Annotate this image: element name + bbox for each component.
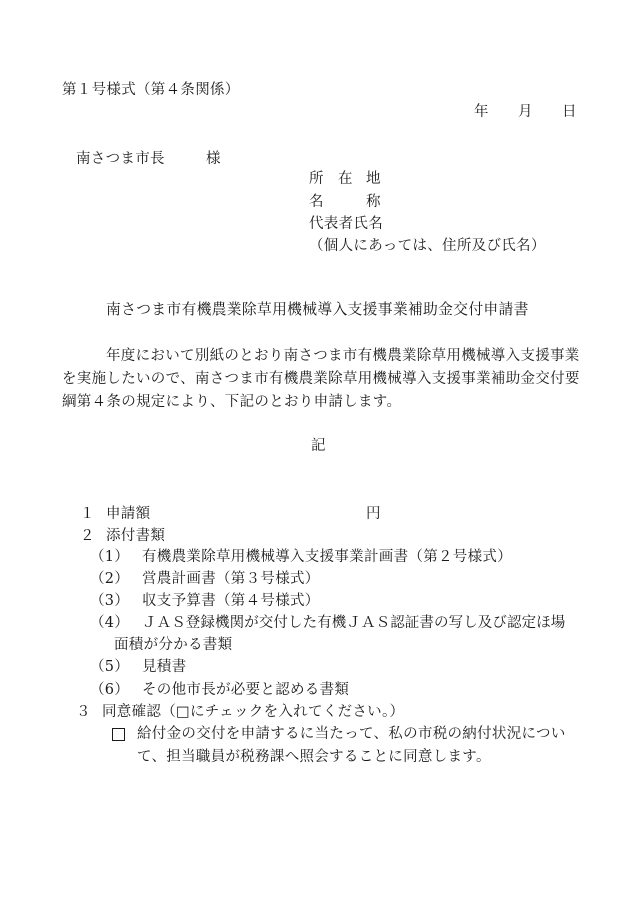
attachment-3-text: 収支予算書（第４号様式） — [142, 594, 320, 609]
attachment-4-number: （4） — [90, 616, 129, 631]
individual-note: （個人にあっては、住所及び氏名） — [309, 239, 546, 254]
item1-number: １ — [80, 507, 95, 522]
item2-label: 添付書類 — [106, 529, 165, 544]
item3-label: 同意確認（□にチェックを入れてください。） — [102, 705, 404, 720]
attachment-5-text: 見積書 — [142, 660, 186, 675]
address-label-char-1: 所 — [309, 172, 324, 187]
name-label-char-1: 名 — [309, 195, 324, 210]
attachment-4-text-continued: 面積が分かる書類 — [114, 638, 232, 653]
address-label-char-3: 地 — [366, 172, 381, 187]
checkbox-icon[interactable] — [112, 728, 125, 741]
consent-checkbox[interactable] — [112, 728, 125, 744]
attachment-2-text: 営農計画書（第３号様式） — [142, 572, 320, 587]
addressee-name: 南さつま市長 — [76, 152, 165, 167]
item2-number: ２ — [80, 529, 95, 544]
addressee-honorific: 様 — [206, 152, 221, 167]
attachment-6-text: その他市長が必要と認める書類 — [142, 683, 349, 698]
consent-text-line-1: 給付金の交付を申請するに当たって、私の市税の納付状況につい — [137, 727, 566, 742]
attachment-5-number: （5） — [90, 660, 129, 675]
attachment-1-text: 有機農業除草用機械導入支援事業計画書（第２号様式） — [142, 550, 512, 565]
item3-number: ３ — [76, 705, 91, 720]
representative-label: 代表者氏名 — [309, 217, 383, 232]
item1-unit: 円 — [366, 507, 381, 522]
body-line-2: を実施したいので、南さつま市有機農業除草用機械導入支援事業補助金交付要 — [62, 372, 580, 387]
attachment-4-text: ＪＡＳ登録機関が交付した有機ＪＡＳ認証書の写し及び認定ほ場 — [142, 616, 565, 631]
attachment-3-number: （3） — [90, 594, 129, 609]
body-line-1: 年度において別紙のとおり南さつま市有機農業除草用機械導入支援事業 — [106, 349, 580, 364]
attachment-2-number: （2） — [90, 572, 129, 587]
date-year-label: 年 — [474, 105, 489, 120]
document-title: 南さつま市有機農業除草用機械導入支援事業補助金交付申請書 — [106, 303, 529, 318]
date-month-label: 月 — [518, 105, 533, 120]
attachment-1-number: （1） — [90, 550, 129, 565]
consent-text-line-2: て、担当職員が税務課へ照会することに同意します。 — [137, 750, 491, 765]
date-day-label: 日 — [562, 105, 577, 120]
item1-label: 申請額 — [106, 507, 150, 522]
form-number: 第１号様式（第４条関係） — [62, 83, 240, 98]
name-label-char-2: 称 — [366, 195, 381, 210]
attachment-6-number: （6） — [90, 683, 129, 698]
ki-heading: 記 — [311, 439, 326, 454]
body-line-3: 綱第４条の規定により、下記のとおり申請します。 — [62, 395, 401, 410]
address-label-char-2: 在 — [338, 172, 353, 187]
